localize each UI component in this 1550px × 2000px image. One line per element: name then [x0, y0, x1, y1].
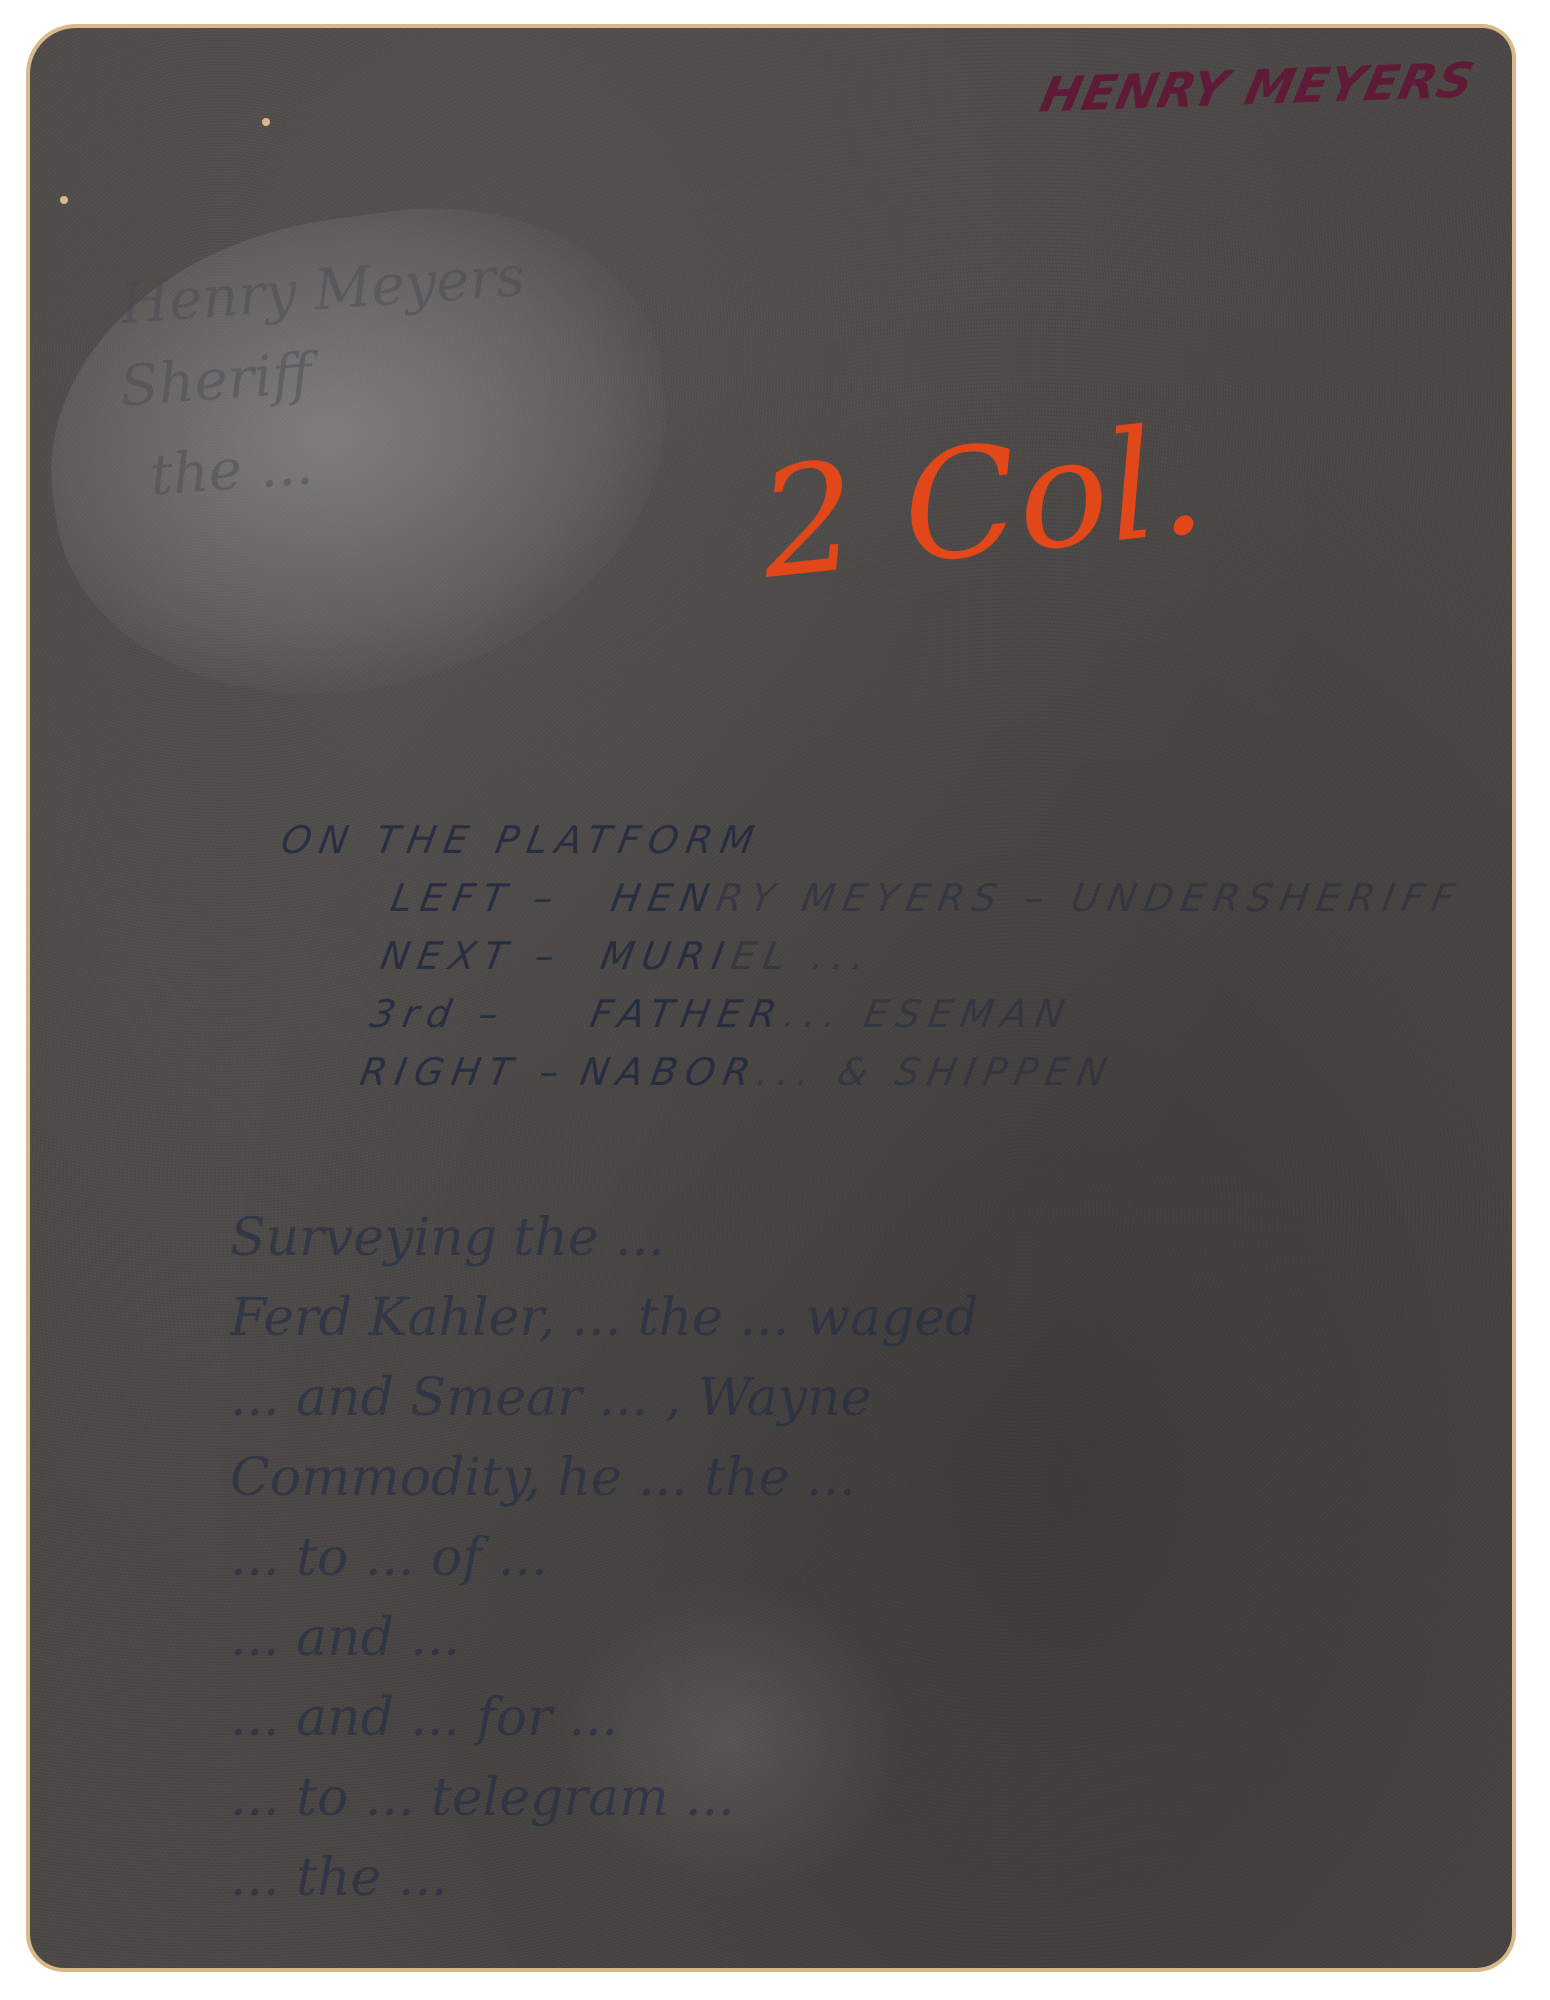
platform-row-right: RIGHT – NABOR... & SHIPPEN — [357, 1050, 1435, 1094]
platform-row-third: 3rd – FATHER... ESEMAN — [367, 992, 1445, 1036]
person-name: NABOR — [577, 1050, 762, 1094]
platform-heading: ON THE PLATFORM — [278, 818, 1476, 862]
person-name-faded: ... ESEMAN — [780, 992, 1075, 1036]
person-name-faded: RY MEYERS – UNDERSHERIFF — [713, 876, 1466, 920]
cursive-line: Surveying the ... — [230, 1198, 1510, 1278]
ghost-writing-line: the ... — [148, 432, 315, 508]
cursive-line: ... and ... for ... — [230, 1678, 1510, 1758]
cursive-line: ... to ... telegram ... — [230, 1758, 1510, 1838]
person-name: FATHER — [587, 992, 788, 1036]
cursive-body-text: Surveying the ... Ferd Kahler, ... the .… — [230, 1198, 1510, 1918]
position-label: NEXT – — [377, 934, 585, 978]
cursive-line: ... and Smear ... , Wayne — [230, 1358, 1510, 1438]
ghost-writing-line: Sheriff — [118, 341, 314, 419]
paper-speck — [60, 196, 68, 204]
position-label: 3rd – — [367, 992, 575, 1036]
cursive-line: ... and ... — [230, 1598, 1510, 1678]
person-name-faded: EL ... — [728, 934, 877, 978]
person-name-faded: ... & SHIPPEN — [754, 1050, 1118, 1094]
column-mark: 2 Col. — [753, 405, 1210, 601]
platform-row-left: LEFT – HENRY MEYERS – UNDERSHERIFF — [388, 876, 1466, 920]
cursive-line: ... the ... — [230, 1838, 1510, 1918]
paper-speck — [262, 118, 270, 126]
person-name: MURI — [597, 934, 735, 978]
position-label: LEFT – — [388, 876, 596, 920]
photo-mount-card: Henry Meyers Sheriff the ... HENRY MEYER… — [30, 28, 1512, 1968]
position-label: RIGHT – — [357, 1050, 565, 1094]
platform-caption: ON THE PLATFORM LEFT – HENRY MEYERS – UN… — [234, 818, 1476, 1108]
cursive-line: ... to ... of ... — [230, 1518, 1510, 1598]
person-name: HEN — [608, 876, 721, 920]
cursive-line: Commodity, he ... the ... — [230, 1438, 1510, 1518]
cursive-line: Ferd Kahler, ... the ... waged — [230, 1278, 1510, 1358]
platform-row-next: NEXT – MURIEL ... — [377, 934, 1455, 978]
